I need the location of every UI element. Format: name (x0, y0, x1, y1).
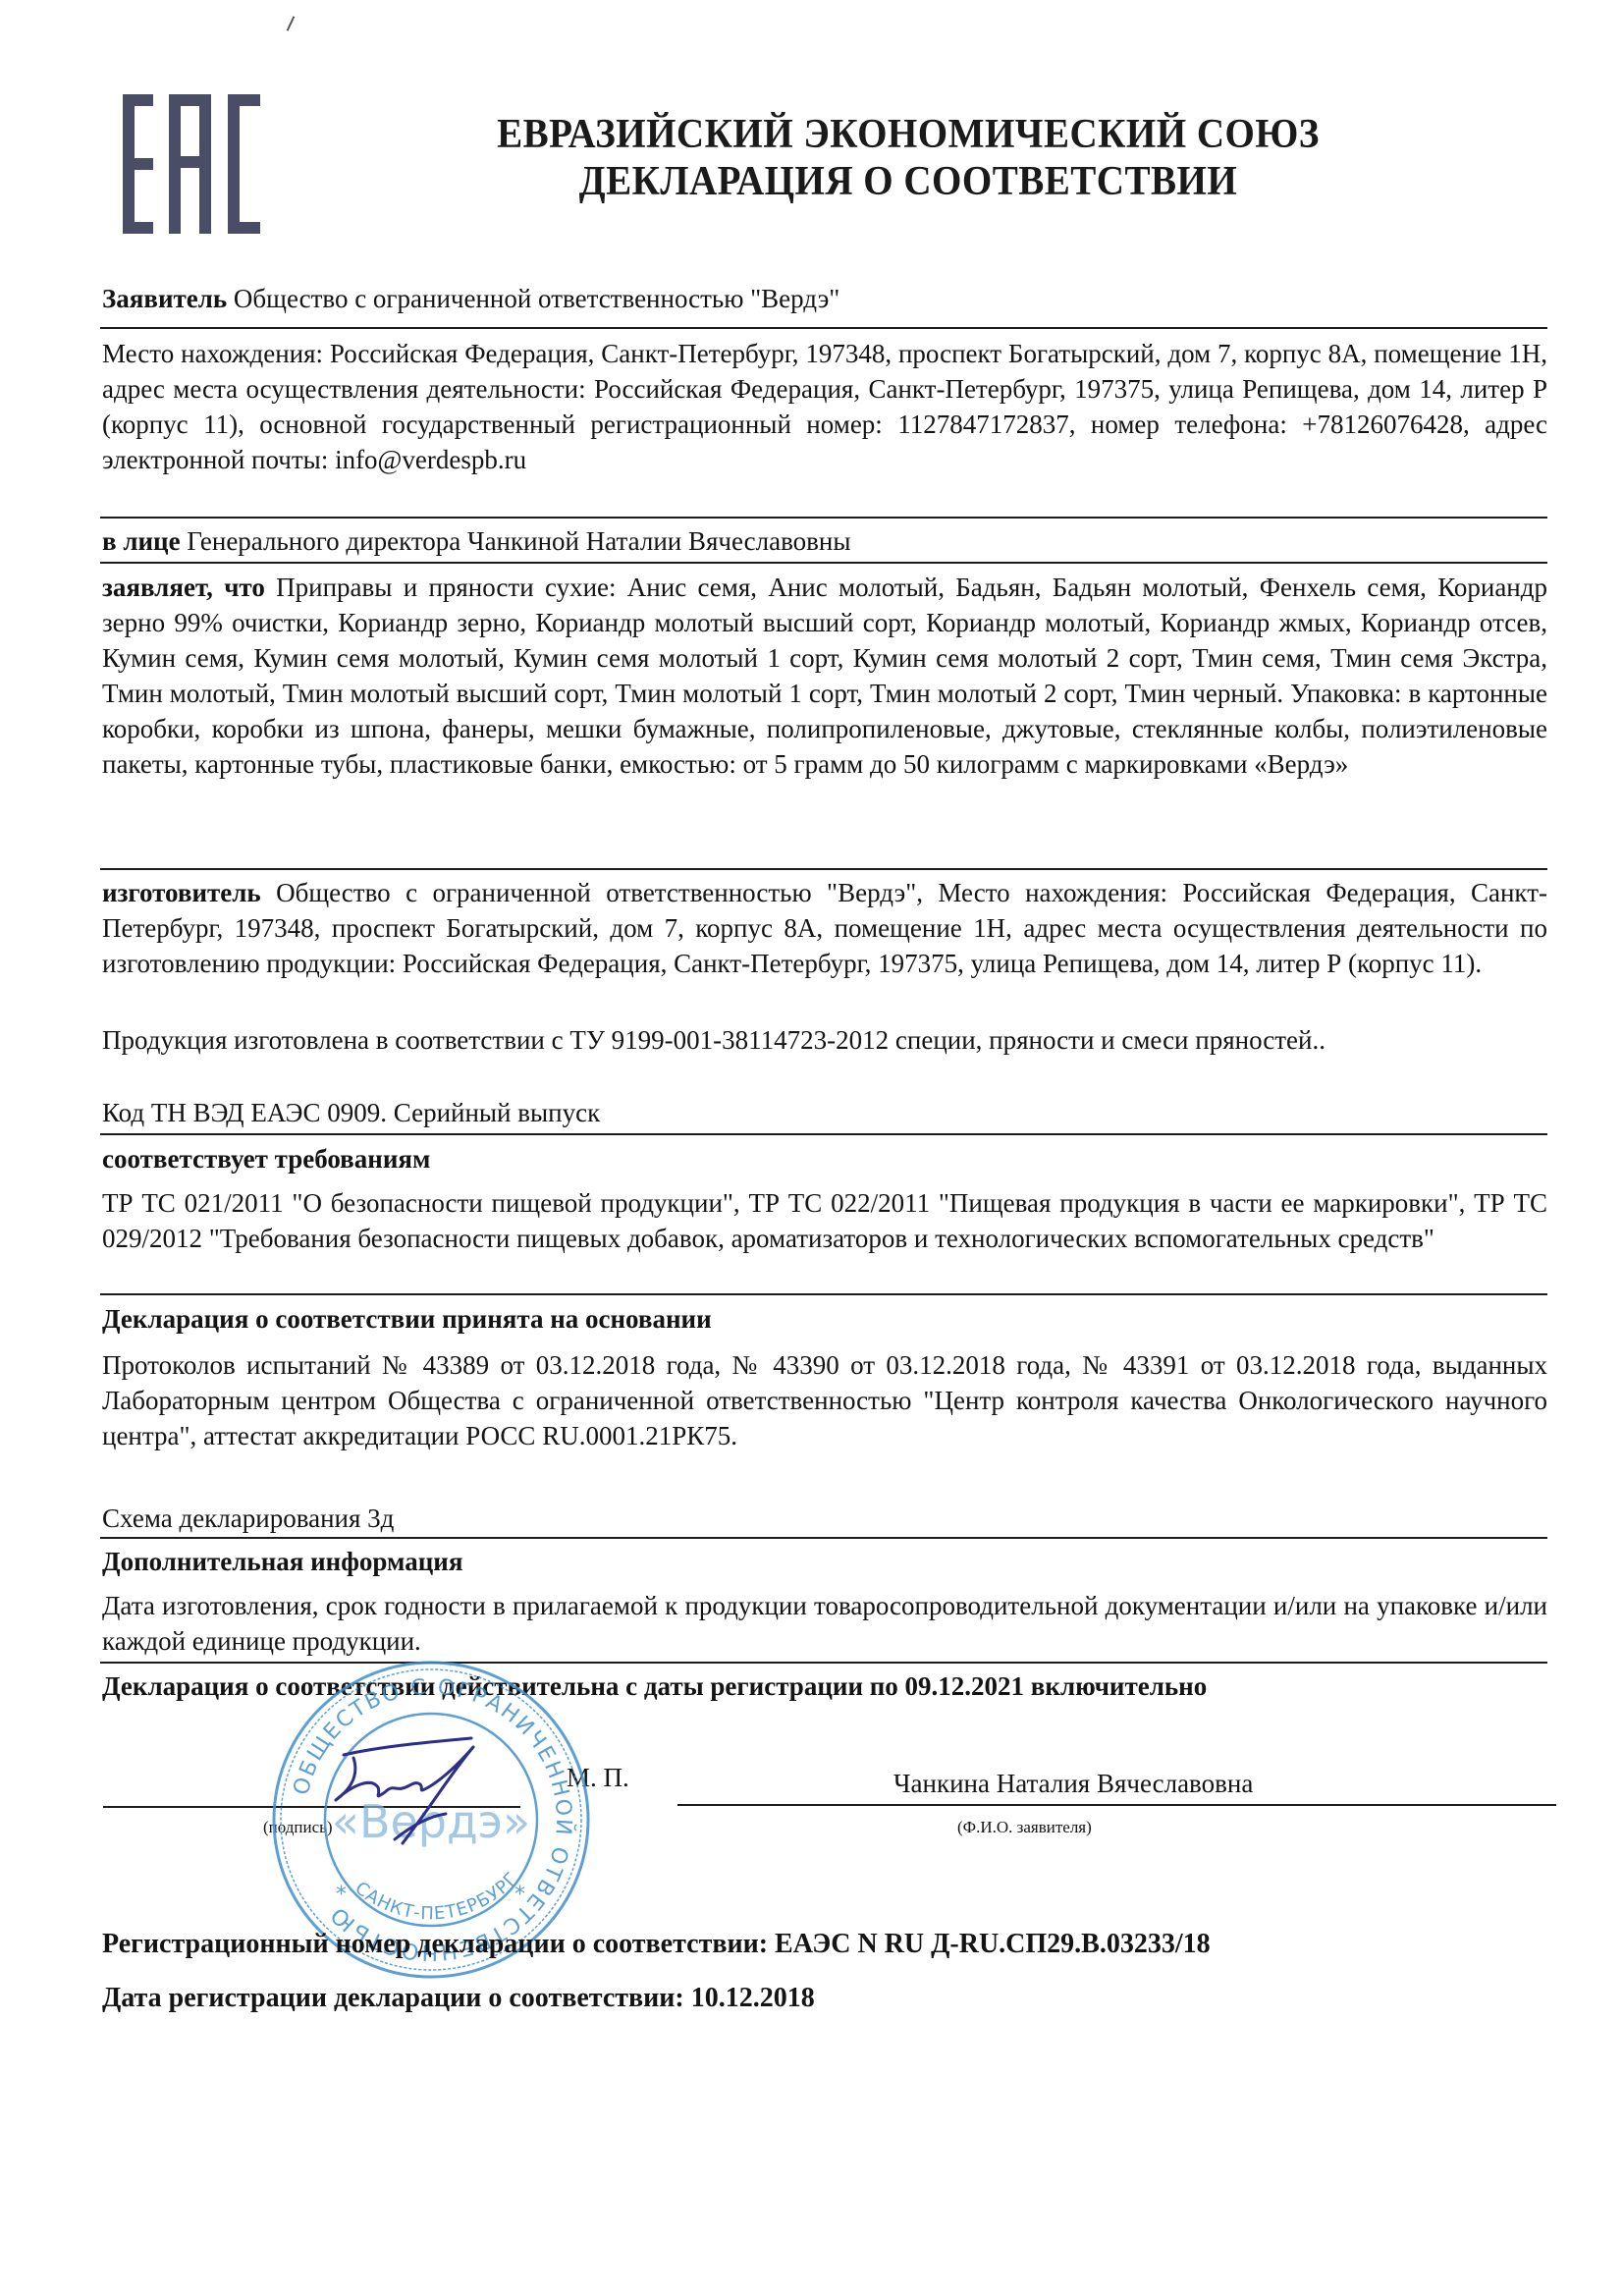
eac-logo (123, 94, 260, 234)
requirements-value: ТР ТС 021/2011 "О безопасности пищевой п… (102, 1185, 1547, 1256)
manufacturer-label: изготовитель (102, 878, 261, 907)
title-union: ЕВРАЗИЙСКИЙ ЭКОНОМИЧЕСКИЙ СОЮЗ (338, 110, 1480, 159)
tn-ved-code: Код ТН ВЭД ЕАЭС 0909. Серийный выпуск (102, 1095, 1547, 1130)
basis-value: Протоколов испытаний № 43389 от 03.12.20… (102, 1347, 1547, 1453)
divider (100, 562, 1547, 564)
divider (100, 1537, 1547, 1539)
divider (100, 868, 1547, 870)
divider (100, 1293, 1547, 1295)
basis-label: Декларация о соответствии принята на осн… (102, 1301, 712, 1337)
represented-by-line: в лице Генерального директора Чанкиной Н… (102, 523, 1547, 559)
applicant-address: Место нахождения: Российская Федерация, … (102, 336, 1547, 477)
signer-name: Чанкина Наталия Вячеславовна (893, 1768, 1253, 1799)
handwritten-signature (324, 1733, 491, 1851)
divider (100, 1133, 1547, 1135)
requirements-label: соответствует требованиям (102, 1141, 430, 1176)
title-declaration: ДЕКЛАРАЦИЯ О СООТВЕТСТВИИ (338, 157, 1480, 206)
registration-date: Дата регистрации декларации о соответств… (102, 1982, 815, 2015)
represented-by-value: Генерального директора Чанкиной Наталии … (181, 526, 851, 556)
manufacturer-block: изготовитель Общество с ограниченной отв… (102, 875, 1547, 981)
stray-mark (287, 16, 296, 30)
declares-label: заявляет, что (102, 573, 265, 602)
manufacturer-value: Общество с ограниченной ответственностью… (102, 878, 1547, 978)
name-caption: (Ф.И.О. заявителя) (957, 1818, 1092, 1837)
registration-number: Регистрационный номер декларации о соотв… (102, 1928, 1211, 1961)
applicant-line: Заявитель Общество с ограниченной ответс… (102, 281, 1547, 316)
represented-by-label: в лице (102, 526, 181, 556)
declares-value: Приправы и пряности сухие: Анис семя, Ан… (102, 573, 1547, 779)
svg-text:*: * (336, 1883, 347, 1907)
additional-value: Дата изготовления, срок годности в прила… (102, 1588, 1547, 1659)
declaration-scheme: Схема декларирования 3д (102, 1501, 1547, 1536)
declares-block: заявляет, что Приправы и пряности сухие:… (102, 570, 1547, 782)
manufacturer-standard: Продукция изготовлена в соответствии с Т… (102, 1022, 1547, 1058)
svg-text:САНКТ-ПЕТЕРБУРГ: САНКТ-ПЕТЕРБУРГ (351, 1868, 522, 1924)
signature-icon (324, 1733, 491, 1851)
divider (100, 327, 1547, 329)
name-line (677, 1804, 1556, 1806)
additional-label: Дополнительная информация (102, 1544, 462, 1579)
applicant-label: Заявитель (102, 284, 227, 313)
eac-mark-icon (123, 94, 260, 234)
applicant-value: Общество с ограниченной ответственностью… (227, 284, 839, 313)
divider (100, 517, 1547, 519)
